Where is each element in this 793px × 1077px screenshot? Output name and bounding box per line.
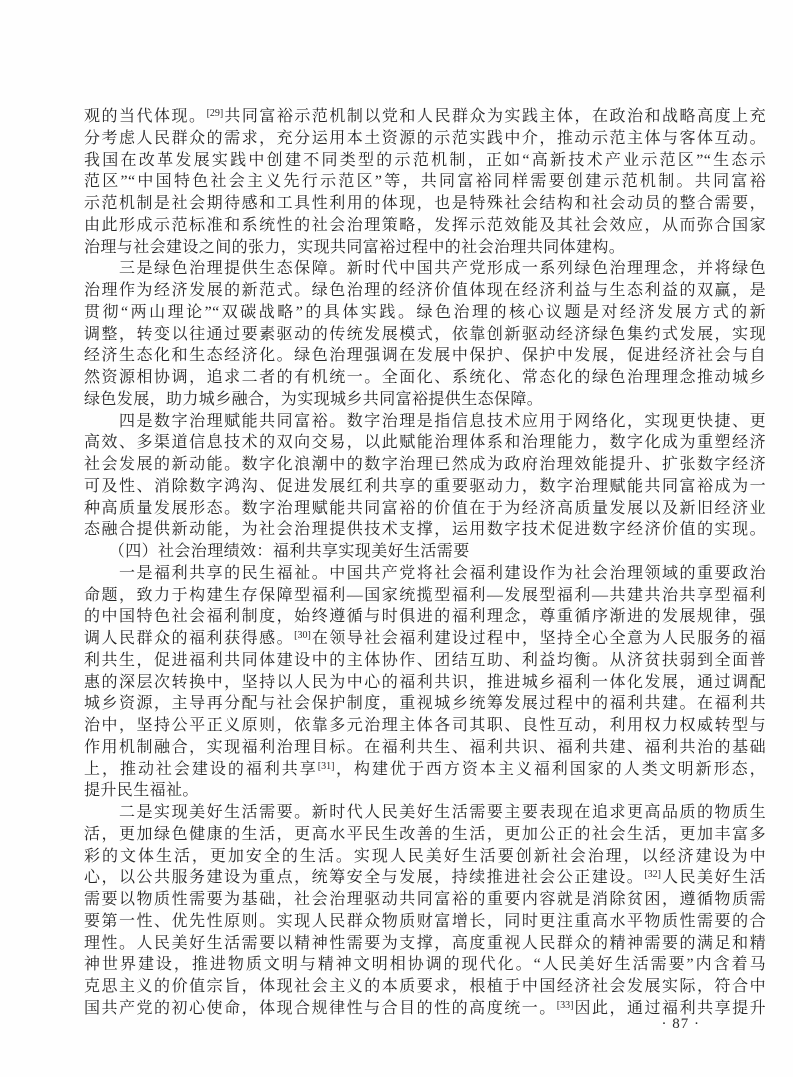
paper-page: 观的当代体现。[29]共同富裕示范机制以党和人民群众为实践主体，在政治和战略高度… <box>0 0 793 1077</box>
text-line: 彩的文体生活，更加安全的生活。实现人民美好生活要创新社会治理，以经济建设为中 <box>84 846 766 868</box>
text-line: 然资源相协调，追求二者的有机统一。全面化、系统化、常态化的绿色治理理念推动城乡 <box>84 367 766 389</box>
text-line: 绿色发展，助力城乡融合，为实现城乡共同富裕提供生态保障。 <box>84 389 766 411</box>
text-line: 惠的深层次转换中，坚持以人民为中心的福利共识，推进城乡福利一体化发展，通过调配 <box>84 672 766 694</box>
text-line: 活，更加绿色健康的生活，更高水平民生改善的生活，更加公正的社会生活，更加丰富多 <box>84 824 766 846</box>
text-line: 范区”“中国特色社会主义先行示范区”等，共同富裕同样需要创建示范机制。共同富裕 <box>84 171 766 193</box>
text-line: 治中，坚持公平正义原则，依靠多元治理主体各司其职、良性互动，利用权力权威转型与 <box>84 715 766 737</box>
text-line: 要第一性、优先性原则。实现人民群众物质财富增长，同时更注重高水平物质性需要的合 <box>84 911 766 933</box>
text-line: 理性。人民美好生活需要以精神性需要为支撑，高度重视人民群众的精神需要的满足和精 <box>84 933 766 955</box>
text-line: 利共生，促进福利共同体建设中的主体协作、团结互助、利益均衡。从济贫扶弱到全面普 <box>84 650 766 672</box>
text-line: 观的当代体现。[29]共同富裕示范机制以党和人民群众为实践主体，在政治和战略高度… <box>84 106 766 128</box>
footnote-ref: [32] <box>644 869 661 880</box>
text-line: 三是绿色治理提供生态保障。新时代中国共产党形成一系列绿色治理理念，并将绿色 <box>84 258 766 280</box>
text-line: 分考虑人民群众的需求，充分运用本土资源的示范实践中介，推动示范主体与客体互动。 <box>84 128 766 150</box>
text-line: 城乡资源，主导再分配与社会保护制度，重视城乡统筹发展过程中的福利共建。在福利共 <box>84 693 766 715</box>
text-line: 治理与社会建设之间的张力，实现共同富裕过程中的社会治理共同体建构。 <box>84 237 766 259</box>
footnote-ref: [30] <box>294 630 311 641</box>
text-line: 二是实现美好生活需要。新时代人民美好生活需要主要表现在追求更高品质的物质生 <box>84 802 766 824</box>
text-line: 四是数字治理赋能共同富裕。数字治理是指信息技术应用于网络化，实现更快捷、更 <box>84 411 766 433</box>
text-line: 示范机制是社会期待感和工具性利用的体现，也是特殊社会结构和社会动员的整合需要， <box>84 193 766 215</box>
text-line: 种高质量发展形态。数字治理赋能共同富裕的价值在于为经济高质量发展以及新旧经济业 <box>84 498 766 520</box>
text-line: 克思主义的价值宗旨，体现社会主义的本质要求，根植于中国经济社会发展实际，符合中 <box>84 976 766 998</box>
text-line: 经济生态化和生态经济化。绿色治理强调在发展中保护、保护中发展，促进经济社会与自 <box>84 345 766 367</box>
text-line: 作用机制融合，实现福利治理目标。在福利共生、福利共识、福利共建、福利共治的基础 <box>84 737 766 759</box>
text-line: 可及性、消除数字鸿沟、促进发展红利共享的重要驱动力，数字治理赋能共同富裕成为一 <box>84 476 766 498</box>
text-line: 由此形成示范标准和系统性的社会治理策略，发挥示范效能及其社会效应，从而弥合国家 <box>84 215 766 237</box>
section-heading-line: （四）社会治理绩效：福利共享实现美好生活需要 <box>84 541 766 563</box>
text-line: 调人民群众的福利获得感。[30]在领导社会福利建设过程中，坚持全心全意为人民服务… <box>84 628 766 650</box>
text-line: 提升民生福祉。 <box>84 780 766 802</box>
text-line: 上，推动社会建设的福利共享[31]，构建优于西方资本主义福利国家的人类文明新形态… <box>84 759 766 781</box>
footnote-ref: [33] <box>557 1000 574 1011</box>
text-line: 社会发展的新动能。数字化浪潮中的数字治理已然成为政府治理效能提升、扩张数字经济 <box>84 454 766 476</box>
footnote-ref: [29] <box>207 108 224 119</box>
text-line: 治理作为经济发展的新范式。绿色治理的经济价值体现在经济利益与生态利益的双赢，是 <box>84 280 766 302</box>
text-line: 态融合提供新动能，为社会治理提供技术支撑，运用数字技术促进数字经济价值的实现。 <box>84 519 766 541</box>
text-line: 一是福利共享的民生福祉。中国共产党将社会福利建设作为社会治理领域的重要政治 <box>84 563 766 585</box>
text-line: 的中国特色社会福利制度，始终遵循与时俱进的福利理念，尊重循序渐进的发展规律，强 <box>84 606 766 628</box>
text-line: 调整，转变以往通过要素驱动的传统发展模式，依靠创新驱动经济绿色集约式发展，实现 <box>84 324 766 346</box>
text-line: 贯彻“两山理论”“双碳战略”的具体实践。绿色治理的核心议题是对经济发展方式的新 <box>84 302 766 324</box>
body-text-block: 观的当代体现。[29]共同富裕示范机制以党和人民群众为实践主体，在政治和战略高度… <box>84 106 766 1020</box>
text-line: 需要以物质性需要为基础，社会治理驱动共同富裕的重要内容就是消除贫困，遵循物质需 <box>84 889 766 911</box>
text-line: 我国在改革发展实践中创建不同类型的示范机制，正如“高新技术产业示范区”“生态示 <box>84 150 766 172</box>
text-line: 命题，致力于构建生存保障型福利—国家统揽型福利—发展型福利—共建共治共享型福利 <box>84 585 766 607</box>
text-line: 高效、多渠道信息技术的双向交易，以此赋能治理体系和治理能力，数字化成为重塑经济 <box>84 432 766 454</box>
page-number: · 87 · <box>662 1016 701 1033</box>
footnote-ref: [31] <box>318 761 335 772</box>
text-line: 心，以公共服务建设为重点，统筹安全与发展，持续推进社会公正建设。[32]人民美好… <box>84 867 766 889</box>
text-line: 神世界建设，推进物质文明与精神文明相协调的现代化。“人民美好生活需要”内含着马 <box>84 954 766 976</box>
